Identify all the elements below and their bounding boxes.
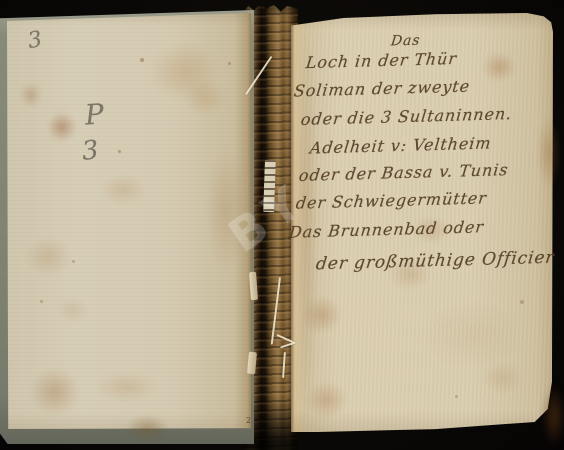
stain	[185, 80, 225, 116]
stain	[205, 150, 247, 270]
handwriting-line-title: Das	[390, 33, 421, 50]
tiny-corner-numeral: 2	[246, 416, 251, 425]
paper-speck	[118, 150, 121, 153]
stain	[95, 372, 157, 402]
stain	[25, 238, 71, 276]
stain	[47, 112, 77, 142]
photo-of-open-antique-book: 3 P 3 2 Das Loch in der Thür Soliman der…	[0, 0, 564, 450]
paper-speck	[40, 300, 43, 303]
stain	[536, 118, 562, 188]
printed-page-edge	[263, 160, 276, 212]
stain	[100, 175, 146, 205]
stain	[482, 52, 516, 82]
book-edge-shadow	[542, 385, 564, 447]
pencil-mark-number: 3	[80, 135, 100, 167]
stain	[20, 82, 42, 108]
stain	[420, 300, 520, 370]
stain	[58, 298, 88, 322]
pencil-mark-letter: P	[84, 97, 105, 131]
stain	[30, 368, 80, 416]
paper-speck	[72, 260, 75, 263]
paper-speck	[140, 58, 144, 62]
paper-speck	[455, 395, 458, 398]
paper-speck	[520, 300, 524, 304]
paper-speck	[228, 62, 231, 65]
stain	[125, 415, 169, 441]
